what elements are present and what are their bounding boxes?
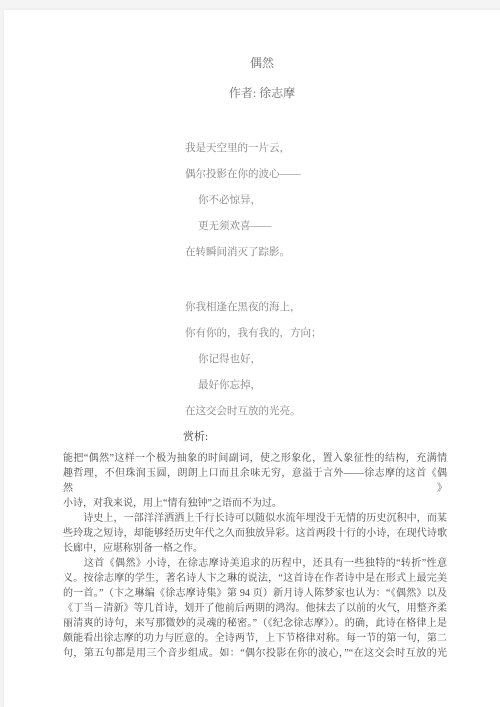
poem-line: 你有你的，我有我的，方向； <box>185 321 500 347</box>
analysis-line: 小诗，对我来说，用上“情有独钟”之语而不为过。 <box>63 496 447 511</box>
poem: 我是天空里的一片云，偶尔投影在你的波心——你不必惊异，更无须欢喜——在转瞬间消灭… <box>185 136 500 425</box>
poem-line: 我是天空里的一片云， <box>185 136 500 162</box>
poem-line: 你我相逢在黑夜的海上， <box>185 295 500 321</box>
poem-stanza: 你我相逢在黑夜的海上，你有你的，我有我的，方向；你记得也好，最好你忘掉，在这交会… <box>185 295 500 425</box>
poem-stanza: 我是天空里的一片云，偶尔投影在你的波心——你不必惊异，更无须欢喜——在转瞬间消灭… <box>185 136 500 266</box>
document-page: 偶然 作者: 徐志摩 我是天空里的一片云，偶尔投影在你的波心——你不必惊异，更无… <box>4 10 500 707</box>
analysis-line: 丽清爽的诗句，来写那微妙的灵魂的秘密。”（《纪念徐志摩》）。的确，此诗在格律上是 <box>63 616 447 631</box>
analysis-line: 诗史上，一部洋洋洒洒上千行长诗可以随似水流年埋没于无情的历史沉积中，而某 <box>63 511 447 526</box>
analysis-paragraph: 这首《偶然》小诗，在徐志摩诗美追求的历程中，还具有一些独特的“转折”性意义。按徐… <box>63 556 447 661</box>
analysis-line: 句，第五句都是用三个音步组成。如：“偶尔投影在你的波心，”“在这交会时互放的光 <box>63 646 447 661</box>
analysis-line: 趣哲理，不但珠润玉圆，朗朗上口而且余味无穷，意溢于言外——徐志摩的这首《偶然》 <box>63 466 447 496</box>
analysis-line: 《丁当－清新》等几首诗，划开了他前后两期的鸿沟。他抹去了以前的火气，用整齐柔 <box>63 601 447 616</box>
poem-line: 在转瞬间消灭了踪影。 <box>185 240 500 266</box>
poem-line: 最好你忘掉， <box>185 373 500 399</box>
analysis-line: 的一首。”（卞之琳编《徐志摩诗集》第 94 页）新月诗人陈梦家也认为：“《偶然》… <box>63 586 447 601</box>
author-line: 作者: 徐志摩 <box>4 85 500 101</box>
analysis-heading: 赏析: <box>183 429 500 445</box>
poem-title: 偶然 <box>4 55 500 71</box>
analysis-line: 能把“偶然”这样一个极为抽象的时间副词，使之形象化，置入象征性的结构，充满情 <box>63 451 447 466</box>
poem-line: 在这交会时互放的光亮。 <box>185 399 500 425</box>
analysis-paragraph: 能把“偶然”这样一个极为抽象的时间副词，使之形象化，置入象征性的结构，充满情趣哲… <box>63 451 447 511</box>
viewport: 偶然 作者: 徐志摩 我是天空里的一片云，偶尔投影在你的波心——你不必惊异，更无… <box>0 0 500 707</box>
analysis-line: 义。按徐志摩的学生，著名诗人卞之琳的说法，“这首诗在作者诗中是在形式上最完美 <box>63 571 447 586</box>
poem-line: 偶尔投影在你的波心—— <box>185 162 500 188</box>
analysis-line: 这首《偶然》小诗，在徐志摩诗美追求的历程中，还具有一些独特的“转折”性意 <box>63 556 447 571</box>
poem-line: 你记得也好， <box>185 347 500 373</box>
analysis-body: 能把“偶然”这样一个极为抽象的时间副词，使之形象化，置入象征性的结构，充满情趣哲… <box>63 451 447 661</box>
poem-line: 更无须欢喜—— <box>185 214 500 240</box>
analysis-line: 些玲珑之短诗，却能够经历史年代之久而独放异彩。这首两段十行的小诗，在现代诗歌 <box>63 526 447 541</box>
analysis-line: 颇能看出徐志摩的功力与匠意的。全诗两节，上下节格律对称。每一节的第一句，第二 <box>63 631 447 646</box>
analysis-line: 长廊中，应堪称别备一格之作。 <box>63 541 447 556</box>
analysis-paragraph: 诗史上，一部洋洋洒洒上千行长诗可以随似水流年埋没于无情的历史沉积中，而某些玲珑之… <box>63 511 447 556</box>
poem-line: 你不必惊异， <box>185 188 500 214</box>
